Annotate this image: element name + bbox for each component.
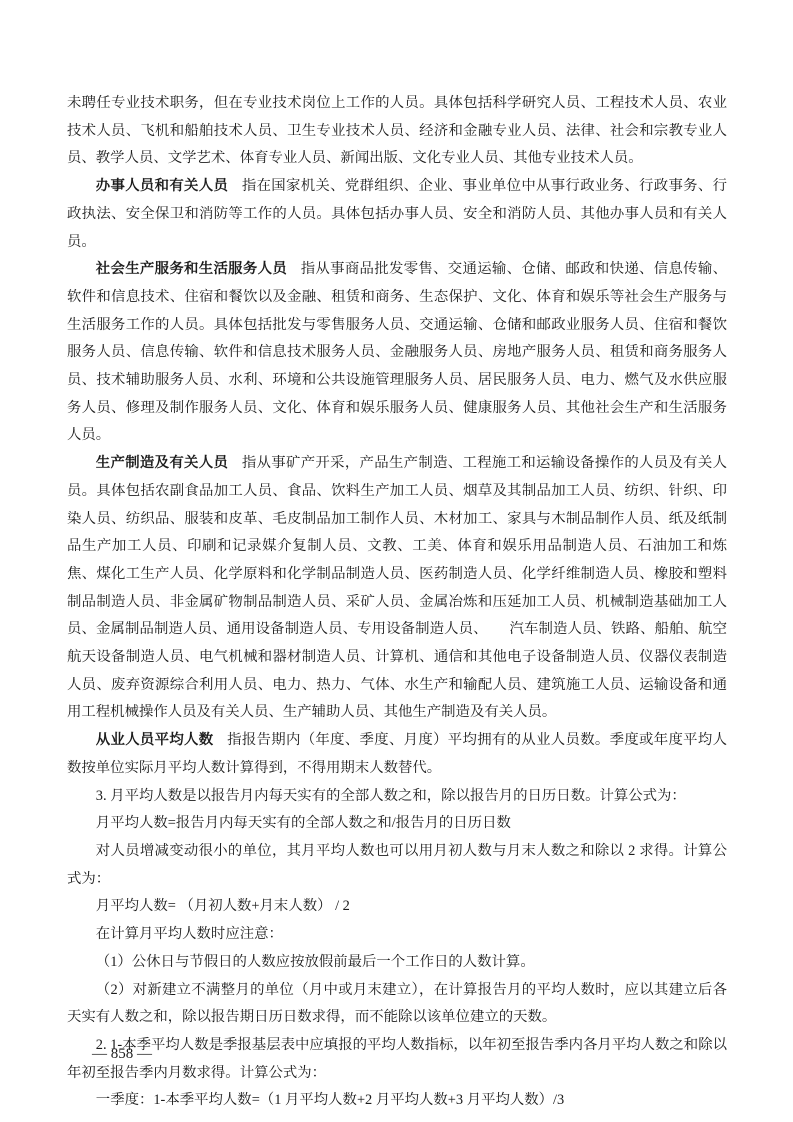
paragraph-quarterly-average-rule: 2. 1-本季平均人数是季报基层表中应填报的平均人数指标，以年初至报告季内各月平… — [67, 1032, 727, 1087]
paragraph-monthly-average-rule: 3. 月平均人数是以报告月内每天实有的全部人数之和，除以报告月的日历日数。计算公… — [67, 783, 727, 811]
document-body: 未聘任专业技术职务，但在专业技术岗位上工作的人员。具体包括科学研究人员、工程技术… — [67, 90, 727, 1115]
paragraph-professional-staff-continuation: 未聘任专业技术职务，但在专业技术岗位上工作的人员。具体包括科学研究人员、工程技术… — [67, 90, 727, 173]
paragraph-note-holidays: （1）公休日与节假日的人数应按放假前最后一个工作日的人数计算。 — [67, 949, 727, 977]
paragraph-attention-note: 在计算月平均人数时应注意： — [67, 921, 727, 949]
paragraph-average-employee-count: 从业人员平均人数指报告期内（年度、季度、月度）平均拥有的从业人员数。季度或年度平… — [67, 727, 727, 782]
document-page: 未聘任专业技术职务，但在专业技术岗位上工作的人员。具体包括科学研究人员、工程技术… — [0, 0, 793, 1122]
paragraph-note-new-units: （2）对新建立不满整月的单位（月中或月末建立），在计算报告月的平均人数时，应以其… — [67, 977, 727, 1032]
term-manufacturing-staff: 生产制造及有关人员 — [96, 455, 228, 471]
paragraph-manufacturing-staff: 生产制造及有关人员指从事矿产开采，产品生产制造、工程施工和运输设备操作的人员及有… — [67, 450, 727, 727]
formula-first-quarter-average: 一季度：1-本季平均人数=（1 月平均人数+2 月平均人数+3 月平均人数）/3 — [67, 1087, 727, 1115]
term-office-staff: 办事人员和有关人员 — [96, 178, 228, 194]
paragraph-office-staff: 办事人员和有关人员指在国家机关、党群组织、企业、事业单位中从事行政业务、行政事务… — [67, 173, 727, 256]
formula-monthly-average-simplified: 月平均人数= （月初人数+月末人数） / 2 — [67, 893, 727, 921]
term-average-employee-count: 从业人员平均人数 — [96, 732, 214, 748]
paragraph-small-change-units: 对人员增减变动很小的单位，其月平均人数也可以用月初人数与月末人数之和除以 2 求… — [67, 838, 727, 893]
formula-monthly-average: 月平均人数=报告月内每天实有的全部人数之和/报告月的日历日数 — [67, 810, 727, 838]
paragraph-text: 未聘任专业技术职务，但在专业技术岗位上工作的人员。具体包括科学研究人员、工程技术… — [67, 95, 727, 166]
page-number: — 858 — — [92, 1043, 152, 1065]
paragraph-text: 指从事商品批发零售、交通运输、仓储、邮政和快递、信息传输、软件和信息技术、住宿和… — [67, 261, 727, 443]
paragraph-text: 指从事矿产开采，产品生产制造、工程施工和运输设备操作的人员及有关人员。具体包括农… — [67, 455, 727, 720]
term-social-service-staff: 社会生产服务和生活服务人员 — [96, 261, 287, 277]
paragraph-social-service-staff: 社会生产服务和生活服务人员指从事商品批发零售、交通运输、仓储、邮政和快递、信息传… — [67, 256, 727, 450]
